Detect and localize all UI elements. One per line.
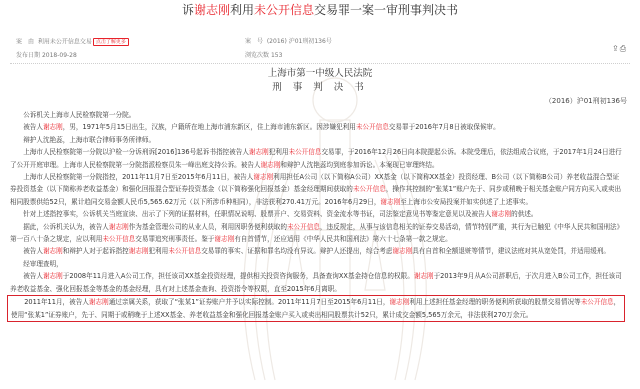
text-segment: 交易罪于2016年7月8日被取保候审。 — [389, 123, 500, 131]
case-number-meta: 案 号 (2016) 沪01刑初136号 — [245, 38, 332, 46]
print-icon[interactable]: ⎙ — [620, 44, 627, 53]
text-segment: 于2008年11月进入A公司工作，担任该司XX基金投资经理，提供相关投资咨询服务… — [63, 272, 414, 280]
case-cause: 案 由 利用未公开信息交易点击了解更多 — [16, 38, 129, 47]
document-type: 刑 事 判 决 书 — [0, 81, 640, 94]
highlighted-term: 谢志刚 — [380, 198, 400, 206]
court-name: 上海市第一中级人民法院 — [0, 67, 640, 80]
text-segment: 上海市人民检察院第一分院指控，2011年11月7日至2015年6月11日，被告人 — [23, 173, 253, 181]
text-segment: 交易罪的事实、证据和罪名均没有异议。辩护人还提出，综合考虑 — [201, 247, 392, 255]
highlighted-term: 未公开信息 — [287, 223, 320, 231]
paragraph-list: 公诉机关上海市人民检察院第一分院。被告人谢志刚，男，1971年5月15日出生，汉… — [10, 109, 622, 295]
highlighted-term: 谢志刚 — [261, 161, 281, 169]
highlighted-term: 谢志刚 — [43, 272, 63, 280]
highlighted-term: 未公开信息 — [353, 185, 386, 193]
highlighted-term: 未公开信息 — [168, 247, 201, 255]
highlighted-term: 谢志刚 — [43, 123, 63, 131]
highlighted-term: 谢志刚 — [253, 173, 273, 181]
text-segment: 上海市人民检察院第一分院以沪检一分诉刑诉[2016]136号起诉书指控被告人 — [23, 148, 249, 156]
paragraph: 经审理查明， — [10, 258, 622, 270]
text-segment: 至上海市公安局投案并如实供述了上述事实。 — [400, 198, 532, 206]
text-segment: 具有自首和全额退赃等情节，建议法庭对其从宽处罚，并适用缓刑。 — [412, 247, 610, 255]
text-segment: 经审理查明， — [23, 260, 63, 268]
text-segment: 犯利用 — [269, 148, 289, 156]
highlighted-term: 谢志刚 — [389, 298, 409, 306]
toolbar: ⇪⎙ — [612, 44, 627, 54]
paragraph: 针对上述指控事实，公诉机关当庭宣读、出示了下列的证据材料，任职情况说明、股票开户… — [10, 208, 622, 220]
defendant-name: 谢志刚 — [194, 3, 230, 17]
page-title: 诉谢志刚利用未公开信息交易罪一案一审刑事判决书 — [0, 2, 640, 18]
paragraph: 辩护人沈艳蕊，上海市联合律师事务所律师。 — [10, 134, 622, 146]
highlighted-term: 谢志刚 — [392, 247, 412, 255]
crime-name: 未公开信息 — [254, 3, 314, 17]
text-segment: 公诉机关上海市人民检察院第一分院。 — [23, 111, 135, 119]
highlighted-term: 未公开信息 — [356, 123, 389, 131]
text-segment: 针对上述指控事实，公诉机关当庭宣读、出示了下列的证据材料，任职情况说明、股票开户… — [23, 210, 491, 218]
text-segment: 作为基金管理公司的从业人员，利用因职务便利获取的 — [129, 223, 287, 231]
highlighted-term: 谢志刚 — [214, 235, 234, 243]
text-segment: 2011年11月，被告人 — [24, 298, 89, 306]
view-count: 浏览次数 153 — [245, 52, 282, 60]
highlighted-term: 谢志刚 — [414, 272, 434, 280]
text-segment: 交易罪追究刑事责任。鉴于 — [135, 235, 214, 243]
highlighted-term: 谢志刚 — [109, 223, 129, 231]
text-segment: 和辩护人沈艳蕊均到庭参加诉讼。本案现已审理终结。 — [280, 161, 438, 169]
highlighted-term: 未公开信息 — [102, 235, 135, 243]
text-segment: 的供述。 — [511, 210, 537, 218]
paragraph: 上海市人民检察院第一分院以沪检一分诉刑诉[2016]136号起诉书指控被告人谢志… — [10, 146, 622, 171]
text-segment: 被告人 — [23, 247, 43, 255]
text-segment: 通过亲属关系，获取了“张某1”证券账户并予以实际控制。2011年11月7日至20… — [109, 298, 390, 306]
paragraph: 被告人谢志刚和辩护人对于起诉指控谢志刚犯利用未公开信息交易罪的事实、证据和罪名均… — [10, 245, 622, 257]
highlighted-term: 未公开信息 — [288, 148, 321, 156]
text-segment: 有自首情节，还应适用《中华人民共和国刑法》第六十七条第一款之规定。 — [234, 235, 452, 243]
paragraph: 2011年11月，被告人谢志刚通过亲属关系，获取了“张某1”证券账户并予以实际控… — [11, 296, 621, 321]
text-segment: 利用上述担任基金经理的职务便利所获取的股票交易情况等 — [409, 298, 580, 306]
highlighted-term: 谢志刚 — [89, 298, 109, 306]
paragraph: 据此，公诉机关认为，被告人谢志刚作为基金管理公司的从业人员，利用因职务便利获取的… — [10, 221, 622, 246]
judgment-body: 公诉机关上海市人民检察院第一分院。被告人谢志刚，男，1971年5月15日出生，汉… — [10, 109, 622, 322]
highlighted-term: 谢志刚 — [129, 247, 149, 255]
highlighted-term: 谢志刚 — [43, 247, 63, 255]
text-segment: 被告人 — [23, 272, 43, 280]
paragraph: 公诉机关上海市人民检察院第一分院。 — [10, 109, 622, 121]
text-segment: 辩护人沈艳蕊，上海市联合律师事务所律师。 — [23, 136, 155, 144]
highlighted-term: 谢志刚 — [491, 210, 511, 218]
learn-more-badge[interactable]: 点击了解更多 — [93, 38, 129, 46]
highlighted-paragraph: 2011年11月，被告人谢志刚通过亲属关系，获取了“张某1”证券账户并予以实际控… — [7, 295, 625, 322]
text-segment: 据此，公诉机关认为，被告人 — [23, 223, 109, 231]
text-segment: 和辩护人对于起诉指控 — [63, 247, 129, 255]
text-segment: 被告人 — [23, 123, 43, 131]
highlighted-term: 未公开信息 — [581, 298, 614, 306]
case-number: （2016）沪01刑初136号 — [545, 96, 627, 106]
publish-date: 发布日期 2018-09-28 — [16, 52, 77, 60]
paragraph: 被告人谢志刚，男，1971年5月15日出生，汉族，户籍所在地上海市浦东新区，住上… — [10, 121, 622, 133]
text-segment: ，男，1971年5月15日出生，汉族，户籍所在地上海市浦东新区，住上海市浦东新区… — [63, 123, 356, 131]
share-icon[interactable]: ⇪ — [612, 44, 620, 53]
paragraph: 被告人谢志刚于2008年11月进入A公司工作，担任该司XX基金投资经理，提供相关… — [10, 270, 622, 295]
text-segment: 犯利用 — [148, 247, 168, 255]
paragraph: 上海市人民检察院第一分院指控，2011年11月7日至2015年6月11日，被告人… — [10, 171, 622, 208]
highlighted-term: 谢志刚 — [249, 148, 269, 156]
